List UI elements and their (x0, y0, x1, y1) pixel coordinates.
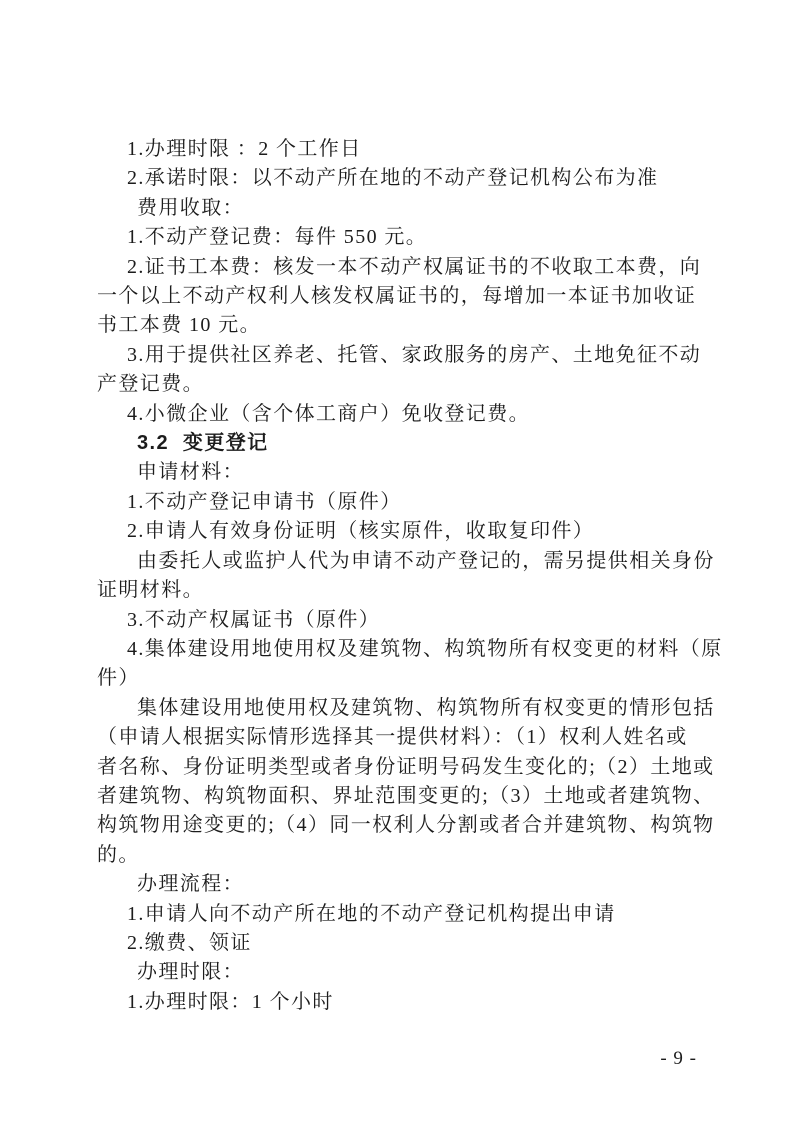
text-line: 4.小微企业（含个体工商户）免收登记费。 (97, 400, 698, 429)
text-line: 3.用于提供社区养老、托管、家政服务的房产、土地免征不动 (97, 341, 698, 370)
text-line: 申请材料： (97, 458, 698, 487)
text-line: 1.办理时限 ：2 个工作日 (97, 135, 698, 164)
text-line: 1.不动产登记申请书（原件） (97, 488, 698, 517)
text-line: 者名称、身份证明类型或者身份证明号码发生变化的;（2）土地或 (97, 753, 698, 782)
text-line: 1.不动产登记费：每件 550 元。 (97, 223, 698, 252)
text-line: 2.缴费、领证 (97, 929, 698, 958)
text-line: 办理流程： (97, 870, 698, 899)
text-line: 集体建设用地使用权及建筑物、构筑物所有权变更的情形包括 (97, 694, 698, 723)
text-line: 2.证书工本费：核发一本不动产权属证书的不收取工本费，向 (97, 253, 698, 282)
text-line: 一个以上不动产权利人核发权属证书的，每增加一本证书加收证 (97, 282, 698, 311)
text-line: 1.申请人向不动产所在地的不动产登记机构提出申请 (97, 900, 698, 929)
text-line: 由委托人或监护人代为申请不动产登记的，需另提供相关身份 (97, 547, 698, 576)
text-line: 2.承诺时限：以不动产所在地的不动产登记机构公布为准 (97, 164, 698, 193)
text-line: 者建筑物、构筑物面积、界址范围变更的;（3）土地或者建筑物、 (97, 782, 698, 811)
page-number: - 9 - (97, 1048, 697, 1070)
text-line: 件） (97, 664, 698, 693)
text-line: 1.办理时限：1 个小时 (97, 988, 698, 1017)
text-line: 2.申请人有效身份证明（核实原件，收取复印件） (97, 517, 698, 546)
text-line: 产登记费。 (97, 370, 698, 399)
document-body: 1.办理时限 ：2 个工作日 2.承诺时限：以不动产所在地的不动产登记机构公布为… (97, 135, 698, 1017)
text-line: 4.集体建设用地使用权及建筑物、构筑物所有权变更的材料（原 (97, 635, 698, 664)
section-heading: 3.2 变更登记 (97, 429, 698, 458)
text-line: 证明材料。 (97, 576, 698, 605)
document-page: 1.办理时限 ：2 个工作日 2.承诺时限：以不动产所在地的不动产登记机构公布为… (0, 0, 793, 1122)
text-line: 费用收取： (97, 194, 698, 223)
text-line: 构筑物用途变更的;（4）同一权利人分割或者合并建筑物、构筑物 (97, 811, 698, 840)
text-line: （申请人根据实际情形选择其一提供材料）：（1）权利人姓名或 (97, 723, 698, 752)
text-line: 书工本费 10 元。 (97, 311, 698, 340)
text-line: 3.不动产权属证书（原件） (97, 606, 698, 635)
text-line: 办理时限： (97, 958, 698, 987)
text-line: 的。 (97, 841, 698, 870)
